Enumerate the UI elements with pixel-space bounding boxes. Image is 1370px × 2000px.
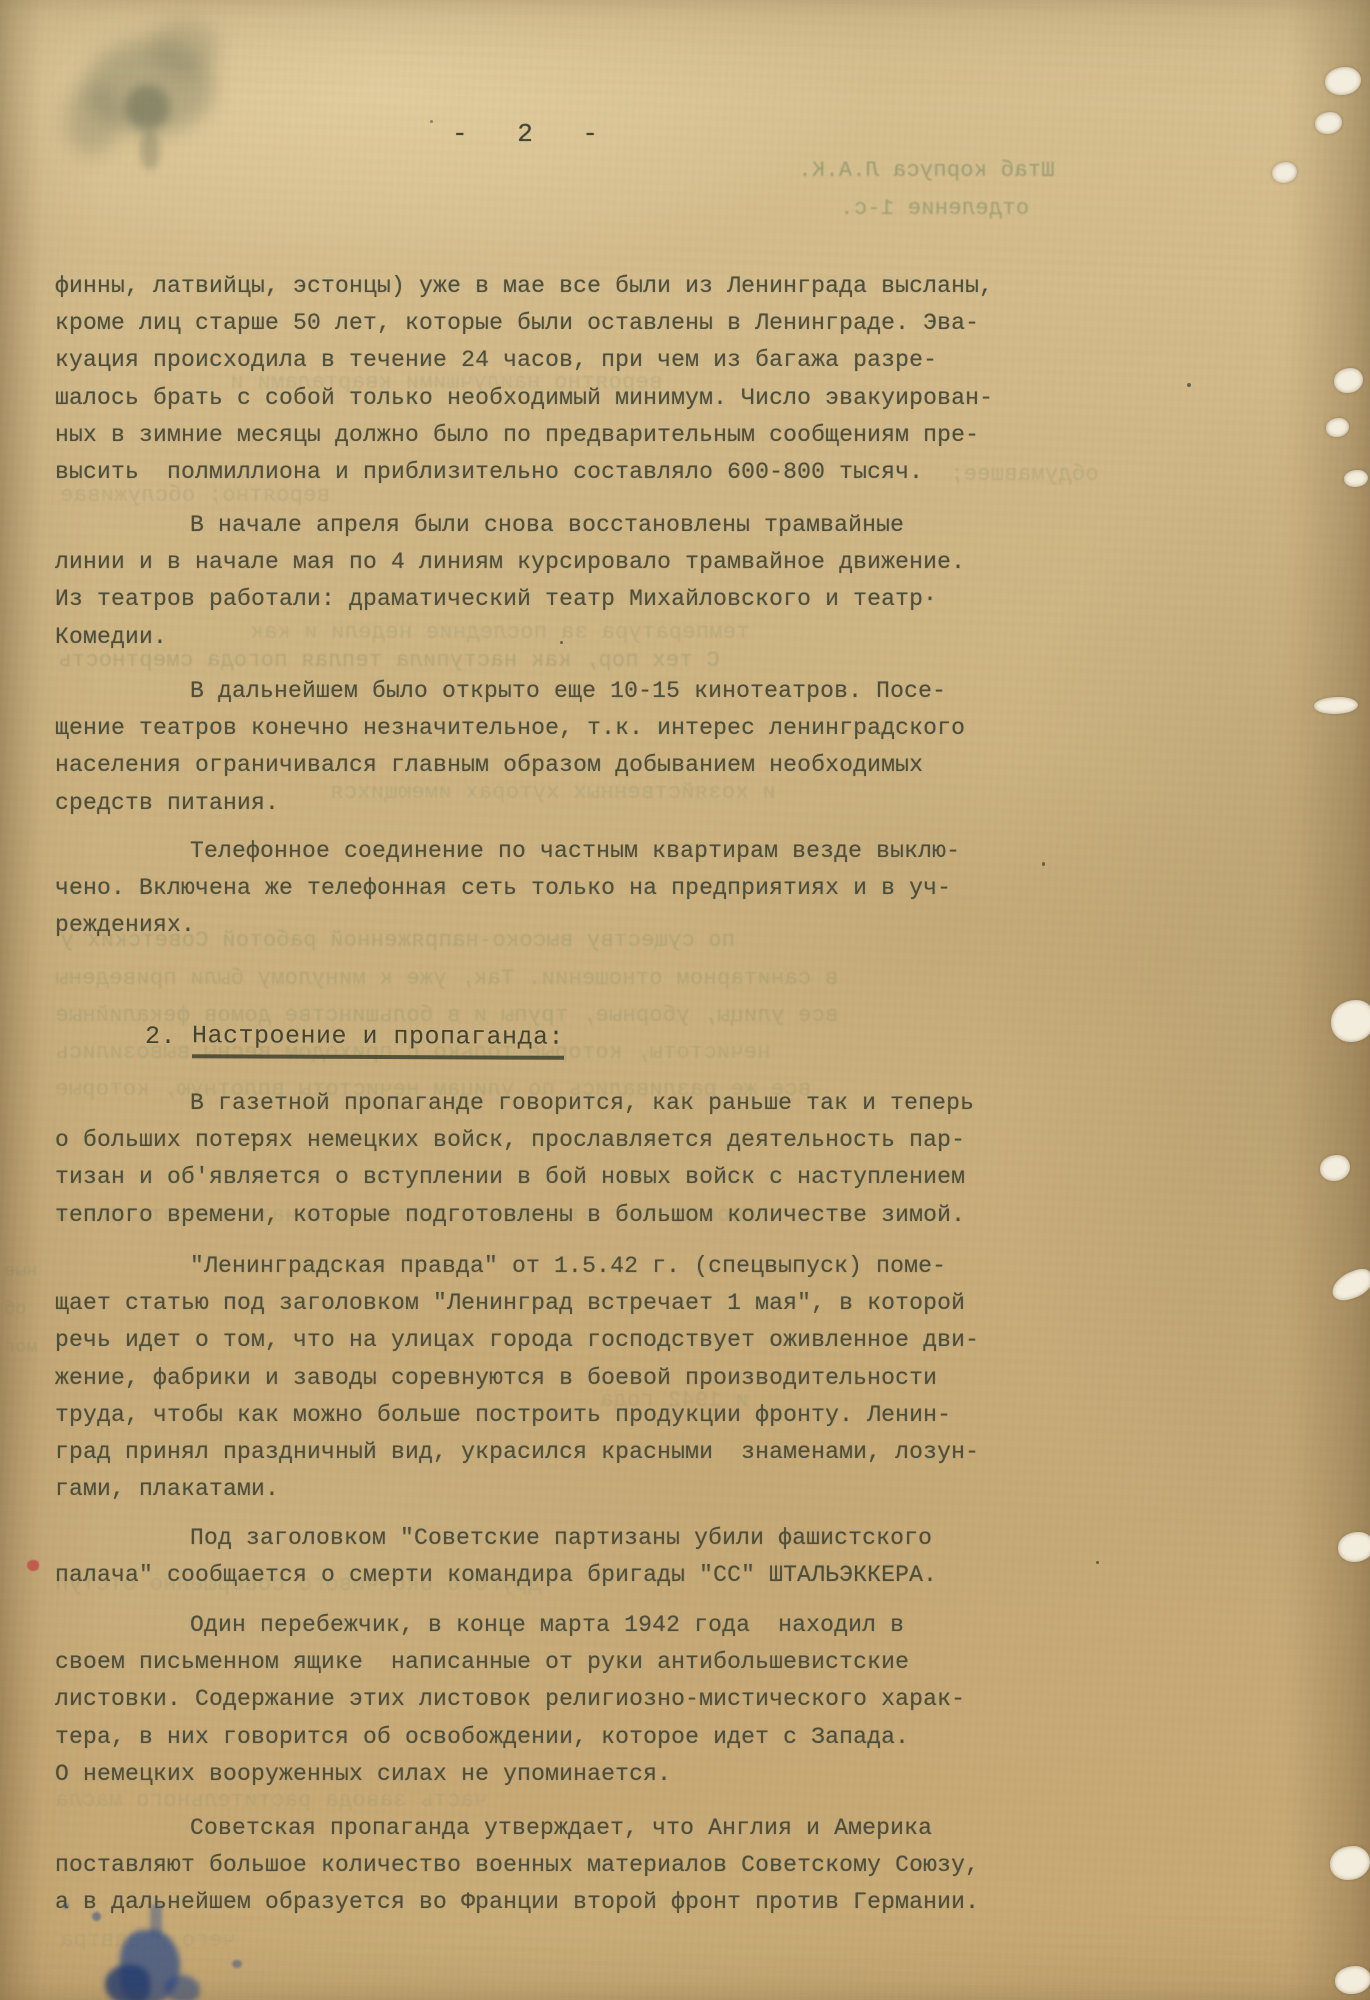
scanned-document-page: { "page": { "number": "- 2 -" }, "docume…	[0, 0, 1370, 2000]
text-line: высить полмиллиона и приблизительно сост…	[55, 454, 993, 491]
paragraph-partisans-stahlecker: Под заголовком "Советские партизаны убил…	[55, 1520, 937, 1594]
section-title: Настроение и пропаганда:	[192, 1021, 564, 1060]
text-line: гами, плакатами.	[55, 1471, 979, 1508]
text-line: палача" сообщается о смерти командира бр…	[55, 1557, 937, 1594]
paragraph-soviet-propaganda: Советская пропаганда утверждает, что Анг…	[55, 1810, 979, 1922]
paragraph-evacuation: финны, латвийцы, эстонцы) уже в мае все …	[55, 268, 993, 491]
text-line: В начале апреля были снова восстановлены…	[55, 507, 965, 544]
paper-background: Штаб корпуса Л.А.К. отделение 1-с. С тех…	[0, 0, 1370, 2000]
text-line: шалось брать с собой только необходимый …	[55, 380, 993, 417]
text-line: о больших потерях немецких войск, просла…	[55, 1122, 974, 1159]
typewritten-text-layer: - 2 - финны, латвийцы, эстонцы) уже в ма…	[0, 0, 1370, 2000]
text-line: средств питания.	[55, 785, 965, 822]
text-line: щение театров конечно незначительное, т.…	[55, 710, 965, 747]
page-number: - 2 -	[452, 116, 615, 153]
section-heading: 2. Настроение и пропаганда:	[55, 993, 564, 1088]
text-line: чено. Включена же телефонная сеть только…	[55, 870, 960, 907]
text-line: "Ленинградская правда" от 1.5.42 г. (спе…	[55, 1248, 979, 1285]
text-line: поставляют большое количество военных ма…	[55, 1847, 979, 1884]
text-line: жение, фабрики и заводы соревнуются в бо…	[55, 1360, 979, 1397]
text-line: тера, в них говорится об освобождении, к…	[55, 1719, 965, 1756]
text-line: щает статью под заголовком "Ленинград вс…	[55, 1285, 979, 1322]
text-line: О немецких вооруженных силах не упоминае…	[55, 1756, 965, 1793]
text-line: финны, латвийцы, эстонцы) уже в мае все …	[55, 268, 993, 305]
text-line: своем письменном ящике написанные от рук…	[55, 1644, 965, 1681]
text-line: Один перебежчик, в конце марта 1942 года…	[55, 1607, 965, 1644]
text-line: населения ограничивался главным образом …	[55, 747, 965, 784]
text-line: Телефонное соединение по частным квартир…	[55, 833, 960, 870]
text-line: Комедии.	[55, 619, 965, 656]
text-line: В газетной пропаганде говорится, как ран…	[55, 1085, 974, 1122]
paragraph-trams-theatres: В начале апреля были снова восстановлены…	[55, 507, 965, 656]
text-line: тизан и об'является о вступлении в бой н…	[55, 1159, 974, 1196]
text-line: Советская пропаганда утверждает, что Анг…	[55, 1810, 979, 1847]
paragraph-newspaper-propaganda: В газетной пропаганде говорится, как ран…	[55, 1085, 974, 1234]
text-line: листовки. Содержание этих листовок религ…	[55, 1681, 965, 1718]
text-line: ных в зимние месяцы должно было по предв…	[55, 417, 993, 454]
section-number: 2.	[145, 1022, 192, 1051]
text-line: реждениях.	[55, 907, 960, 944]
text-line: труда, чтобы как можно больше построить …	[55, 1397, 979, 1434]
text-line: линии и в начале мая по 4 линиям курсиро…	[55, 544, 965, 581]
text-line: В дальнейшем было открыто еще 10-15 кино…	[55, 673, 965, 710]
text-line: а в дальнейшем образуется во Франции вто…	[55, 1884, 979, 1921]
paragraph-deserter-leaflets: Один перебежчик, в конце марта 1942 года…	[55, 1607, 965, 1793]
text-line: речь идет о том, что на улицах города го…	[55, 1322, 979, 1359]
text-line: куация происходила в течение 24 часов, п…	[55, 342, 993, 379]
text-line: Под заголовком "Советские партизаны убил…	[55, 1520, 937, 1557]
paragraph-cinemas: В дальнейшем было открыто еще 10-15 кино…	[55, 673, 965, 822]
paragraph-leningradskaya-pravda: "Ленинградская правда" от 1.5.42 г. (спе…	[55, 1248, 979, 1508]
text-line: град принял праздничный вид, украсился к…	[55, 1434, 979, 1471]
text-line: теплого времени, которые подготовлены в …	[55, 1197, 974, 1234]
paragraph-telephone: Телефонное соединение по частным квартир…	[55, 833, 960, 945]
text-line: Из театров работали: драматический театр…	[55, 581, 965, 618]
text-line: кроме лиц старше 50 лет, которые были ос…	[55, 305, 993, 342]
